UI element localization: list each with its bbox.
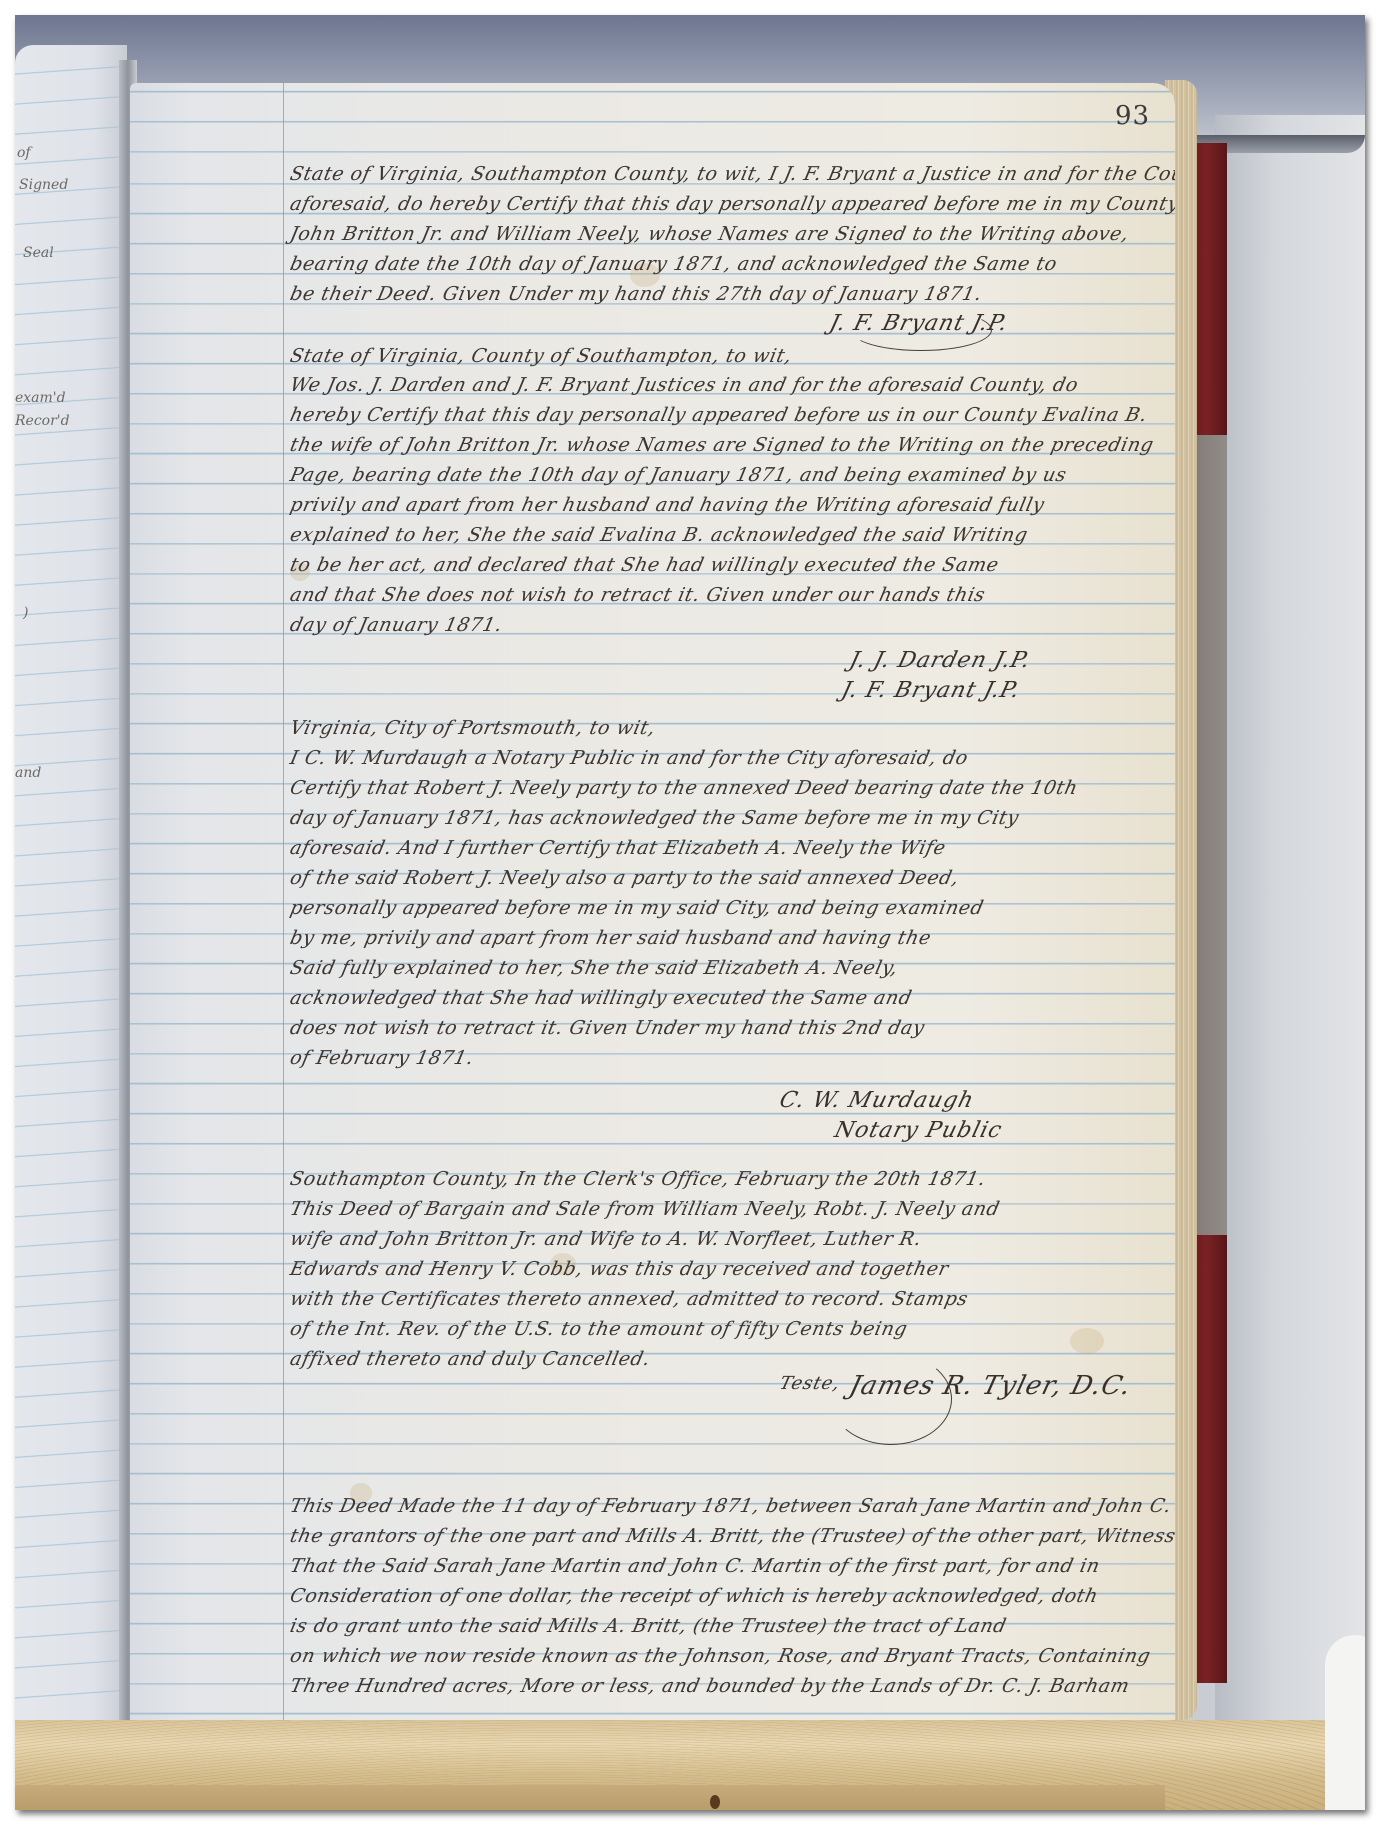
left-fragment: and	[15, 765, 41, 781]
handwritten-line: wife and John Britton Jr. and Wife to A.…	[288, 1228, 924, 1250]
left-page: of Signed Seal exam'd Recor'd ) and	[15, 45, 127, 1735]
handwritten-line: privily and apart from her husband and h…	[288, 494, 1047, 516]
wooden-shelf-lower	[15, 1785, 1165, 1810]
handwritten-line: State of Virginia, County of Southampton…	[288, 345, 794, 367]
handwritten-line: of the Int. Rev. of the U.S. to the amou…	[288, 1318, 910, 1340]
handwritten-line: day of January 1871.	[288, 614, 504, 636]
handwritten-line: explained to her, She the said Evalina B…	[288, 524, 1030, 546]
signature-flourish	[850, 309, 992, 351]
handwritten-line: John Britton Jr. and William Neely, whos…	[288, 223, 1131, 245]
handwritten-line: bearing date the 10th day of January 187…	[288, 253, 1059, 275]
left-fragment: exam'd	[15, 390, 66, 406]
handwritten-line: acknowledged that She had willingly exec…	[288, 987, 914, 1009]
handwritten-line: I C. W. Murdaugh a Notary Public in and …	[288, 747, 970, 769]
handwritten-line: personally appeared before me in my said…	[288, 897, 986, 919]
handwritten-line: Page, bearing date the 10th day of Janua…	[288, 464, 1069, 486]
handwritten-line: We Jos. J. Darden and J. F. Bryant Justi…	[288, 374, 1080, 396]
left-fragment: Signed	[19, 177, 68, 193]
handwritten-line: the wife of John Britton Jr. whose Names…	[288, 434, 1156, 456]
wood-knot	[710, 1795, 720, 1809]
signature-title: Notary Public	[832, 1118, 1005, 1143]
ledger-page: 93 State of Virginia, Southampton County…	[130, 83, 1175, 1735]
handwritten-line: of February 1871.	[288, 1047, 476, 1069]
left-fragment: Seal	[23, 245, 54, 261]
handwritten-line: This Deed of Bargain and Sale from Willi…	[288, 1198, 1002, 1220]
signature: C. W. Murdaugh	[777, 1088, 977, 1113]
handwritten-line: is do grant unto the said Mills A. Britt…	[288, 1615, 1009, 1637]
handwritten-line: to be her act, and declared that She had…	[288, 554, 1001, 576]
handwritten-line: Consideration of one dollar, the receipt…	[288, 1585, 1100, 1607]
handwritten-line: and that She does not wish to retract it…	[288, 584, 987, 606]
handwritten-line: Certify that Robert J. Neely party to th…	[288, 777, 1080, 799]
handwritten-line: Virginia, City of Portsmouth, to wit,	[288, 717, 658, 739]
handwritten-line: affixed thereto and duly Cancelled.	[288, 1348, 652, 1370]
signature: J. J. Darden J.P.	[847, 648, 1033, 673]
handwritten-line: Three Hundred acres, More or less, and b…	[288, 1675, 1132, 1697]
handwritten-line: does not wish to retract it. Given Under…	[288, 1017, 927, 1039]
left-fragment: )	[23, 605, 28, 621]
handwritten-line: on which we now reside known as the John…	[288, 1645, 1153, 1667]
handwritten-line: be their Deed. Given Under my hand this …	[288, 283, 984, 305]
handwritten-line: hereby Certify that this day personally …	[288, 404, 1149, 426]
handwritten-line: aforesaid, do hereby Certify that this d…	[288, 193, 1175, 215]
margin-line	[283, 83, 284, 1735]
signature-flourish	[830, 1353, 952, 1445]
white-glove	[1325, 1635, 1365, 1810]
gray-background	[1215, 115, 1365, 1810]
photo-frame: of Signed Seal exam'd Recor'd ) and 93 S…	[15, 15, 1365, 1810]
handwritten-line: That the Said Sarah Jane Martin and John…	[288, 1555, 1102, 1577]
signature: J. F. Bryant J.P.	[839, 678, 1023, 703]
handwritten-line: State of Virginia, Southampton County, t…	[288, 163, 1175, 185]
handwritten-line: Said fully explained to her, She the sai…	[288, 957, 900, 979]
handwritten-line: aforesaid. And I further Certify that El…	[288, 837, 948, 859]
handwritten-line: of the said Robert J. Neely also a party…	[288, 867, 961, 889]
handwritten-line: by me, privily and apart from her said h…	[288, 927, 933, 949]
handwritten-line: Southampton County, In the Clerk's Offic…	[288, 1168, 988, 1190]
handwritten-line: day of January 1871, has acknowledged th…	[288, 807, 1021, 829]
page-number: 93	[1115, 101, 1150, 131]
left-fragment: of	[17, 145, 31, 161]
left-fragment: Recor'd	[15, 413, 70, 429]
handwritten-line: with the Certificates thereto annexed, a…	[288, 1288, 970, 1310]
handwritten-line: Edwards and Henry V. Cobb, was this day …	[288, 1258, 951, 1280]
handwritten-line: the grantors of the one part and Mills A…	[288, 1525, 1175, 1547]
handwritten-line: This Deed Made the 11 day of February 18…	[288, 1495, 1175, 1517]
